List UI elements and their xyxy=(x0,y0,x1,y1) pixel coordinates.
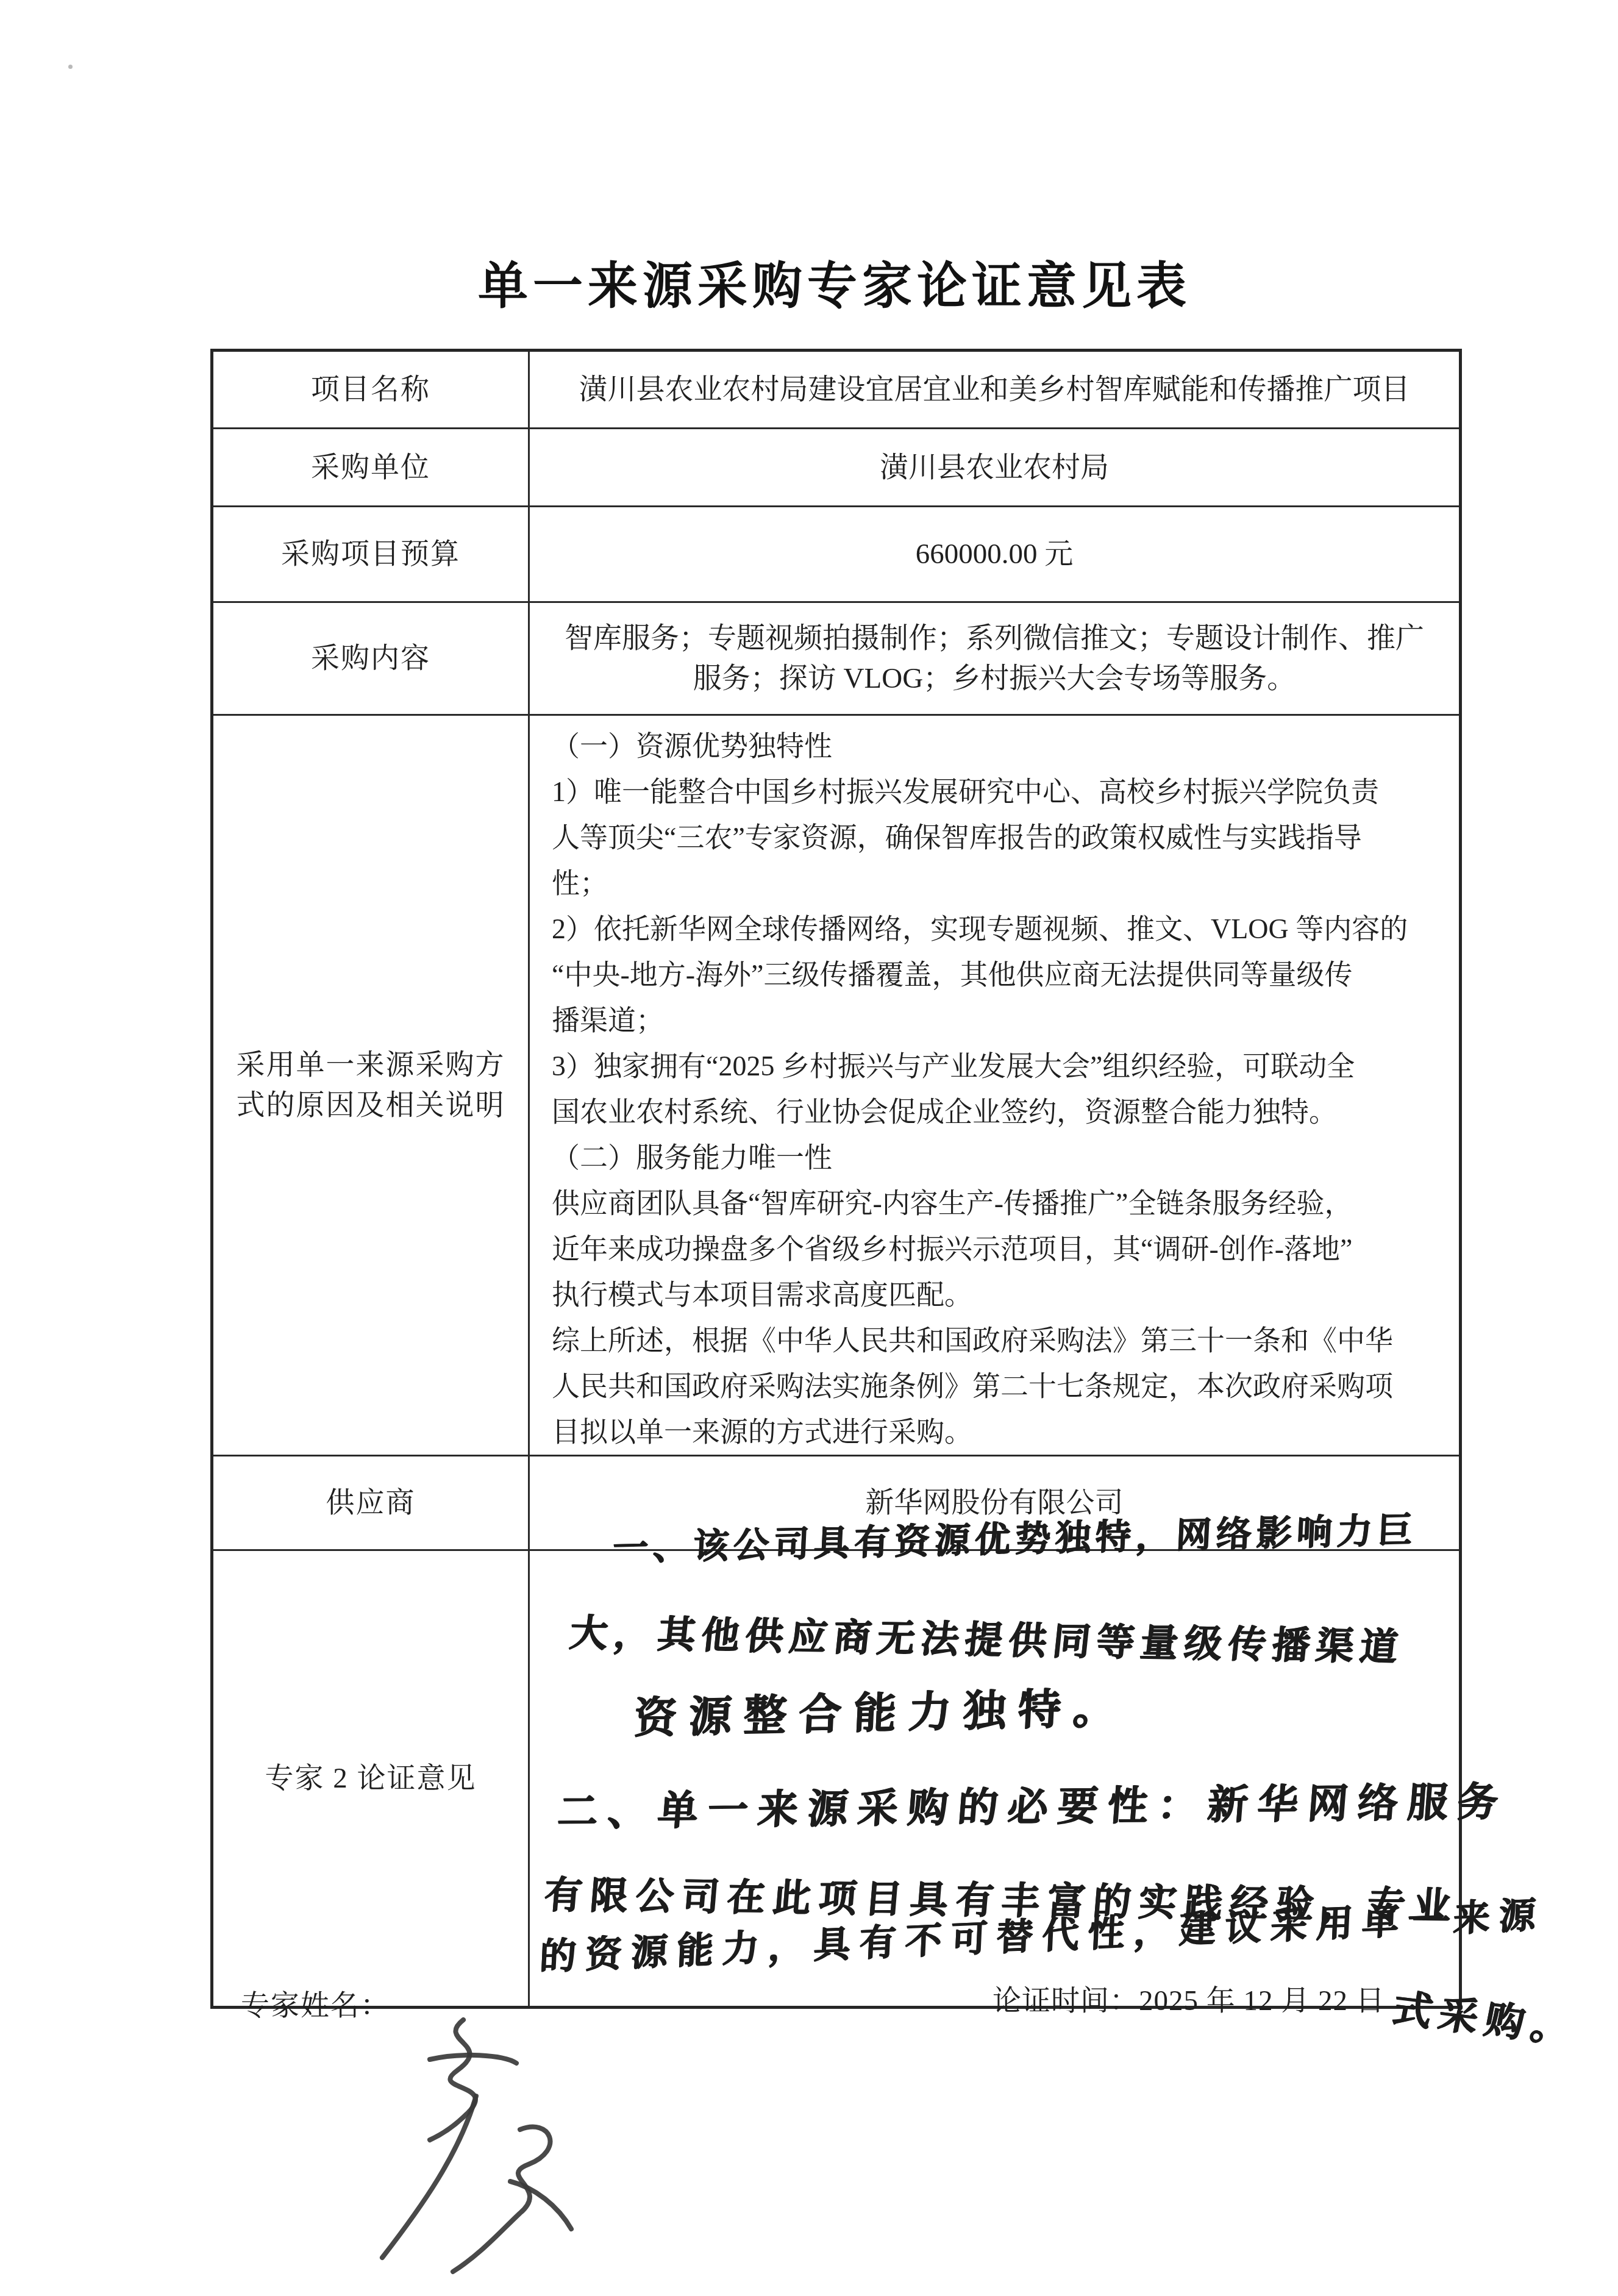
field-value-supplier: 新华网股份有限公司 xyxy=(529,1456,1461,1550)
table-row-project-name: 项目名称 潢川县农业农村局建设宜居宜业和美乡村智库赋能和传播推广项目 xyxy=(212,351,1461,429)
demonstration-time-label: 论证时间：2025 年 12 月 22 日 xyxy=(993,1978,1385,2019)
table-row-procurement-content: 采购内容 智库服务；专题视频拍摄制作；系列微信推文；专题设计制作、推广 服务；探… xyxy=(212,602,1461,715)
scanned-document-page: 单一来源采购专家论证意见表 项目名称 潢川县农业农村局建设宜居宜业和美乡村智库赋… xyxy=(0,0,1618,2296)
field-value-project-name: 潢川县农业农村局建设宜居宜业和美乡村智库赋能和传播推广项目 xyxy=(529,351,1461,429)
field-label-budget: 采购项目预算 xyxy=(212,507,529,602)
table-row-supplier: 供应商 新华网股份有限公司 xyxy=(212,1456,1461,1550)
field-value-single-source-reasons: （一）资源优势独特性 1）唯一能整合中国乡村振兴发展研究中心、高校乡村振兴学院负… xyxy=(529,715,1461,1456)
table-row-budget: 采购项目预算 660000.00 元 xyxy=(212,507,1461,602)
opinion-form-table: 项目名称 潢川县农业农村局建设宜居宜业和美乡村智库赋能和传播推广项目 采购单位 … xyxy=(210,349,1462,2009)
table-row-single-source-reasons: 采用单一来源采购方 式的原因及相关说明 （一）资源优势独特性 1）唯一能整合中国… xyxy=(212,715,1461,1456)
field-label-project-name: 项目名称 xyxy=(212,351,529,429)
field-value-expert-opinion-cell xyxy=(529,1550,1461,2008)
scan-artifact-dot xyxy=(68,65,73,69)
field-label-supplier: 供应商 xyxy=(212,1456,529,1550)
field-value-purchaser: 潢川县农业农村局 xyxy=(529,429,1461,507)
table-row-purchaser: 采购单位 潢川县农业农村局 xyxy=(212,429,1461,507)
expert-signature-handwriting xyxy=(357,2005,619,2291)
field-label-expert-opinion: 专家 2 论证意见 xyxy=(212,1550,529,2008)
page-title: 单一来源采购专家论证意见表 xyxy=(210,246,1459,318)
field-value-procurement-content: 智库服务；专题视频拍摄制作；系列微信推文；专题设计制作、推广 服务；探访 VLO… xyxy=(529,602,1461,715)
table-row-expert-opinion: 专家 2 论证意见 xyxy=(212,1550,1461,2008)
field-label-single-source-reasons: 采用单一来源采购方 式的原因及相关说明 xyxy=(212,715,529,1456)
field-label-procurement-content: 采购内容 xyxy=(212,602,529,715)
field-label-purchaser: 采购单位 xyxy=(212,429,529,507)
field-value-budget: 660000.00 元 xyxy=(529,507,1461,602)
